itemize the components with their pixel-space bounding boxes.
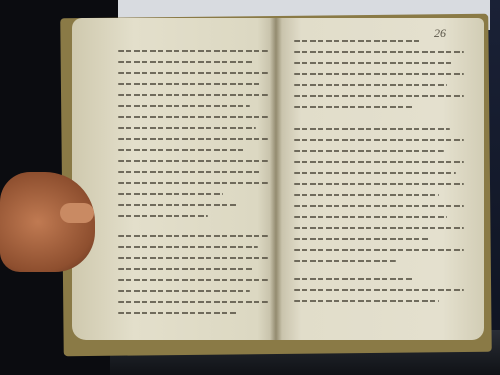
right-page-handwriting — [294, 40, 464, 311]
right-page — [276, 18, 484, 340]
thumb — [60, 203, 94, 223]
left-page — [72, 18, 278, 340]
page-number: 26 — [434, 26, 446, 41]
book-gutter — [270, 18, 282, 340]
left-page-handwriting — [118, 50, 268, 323]
